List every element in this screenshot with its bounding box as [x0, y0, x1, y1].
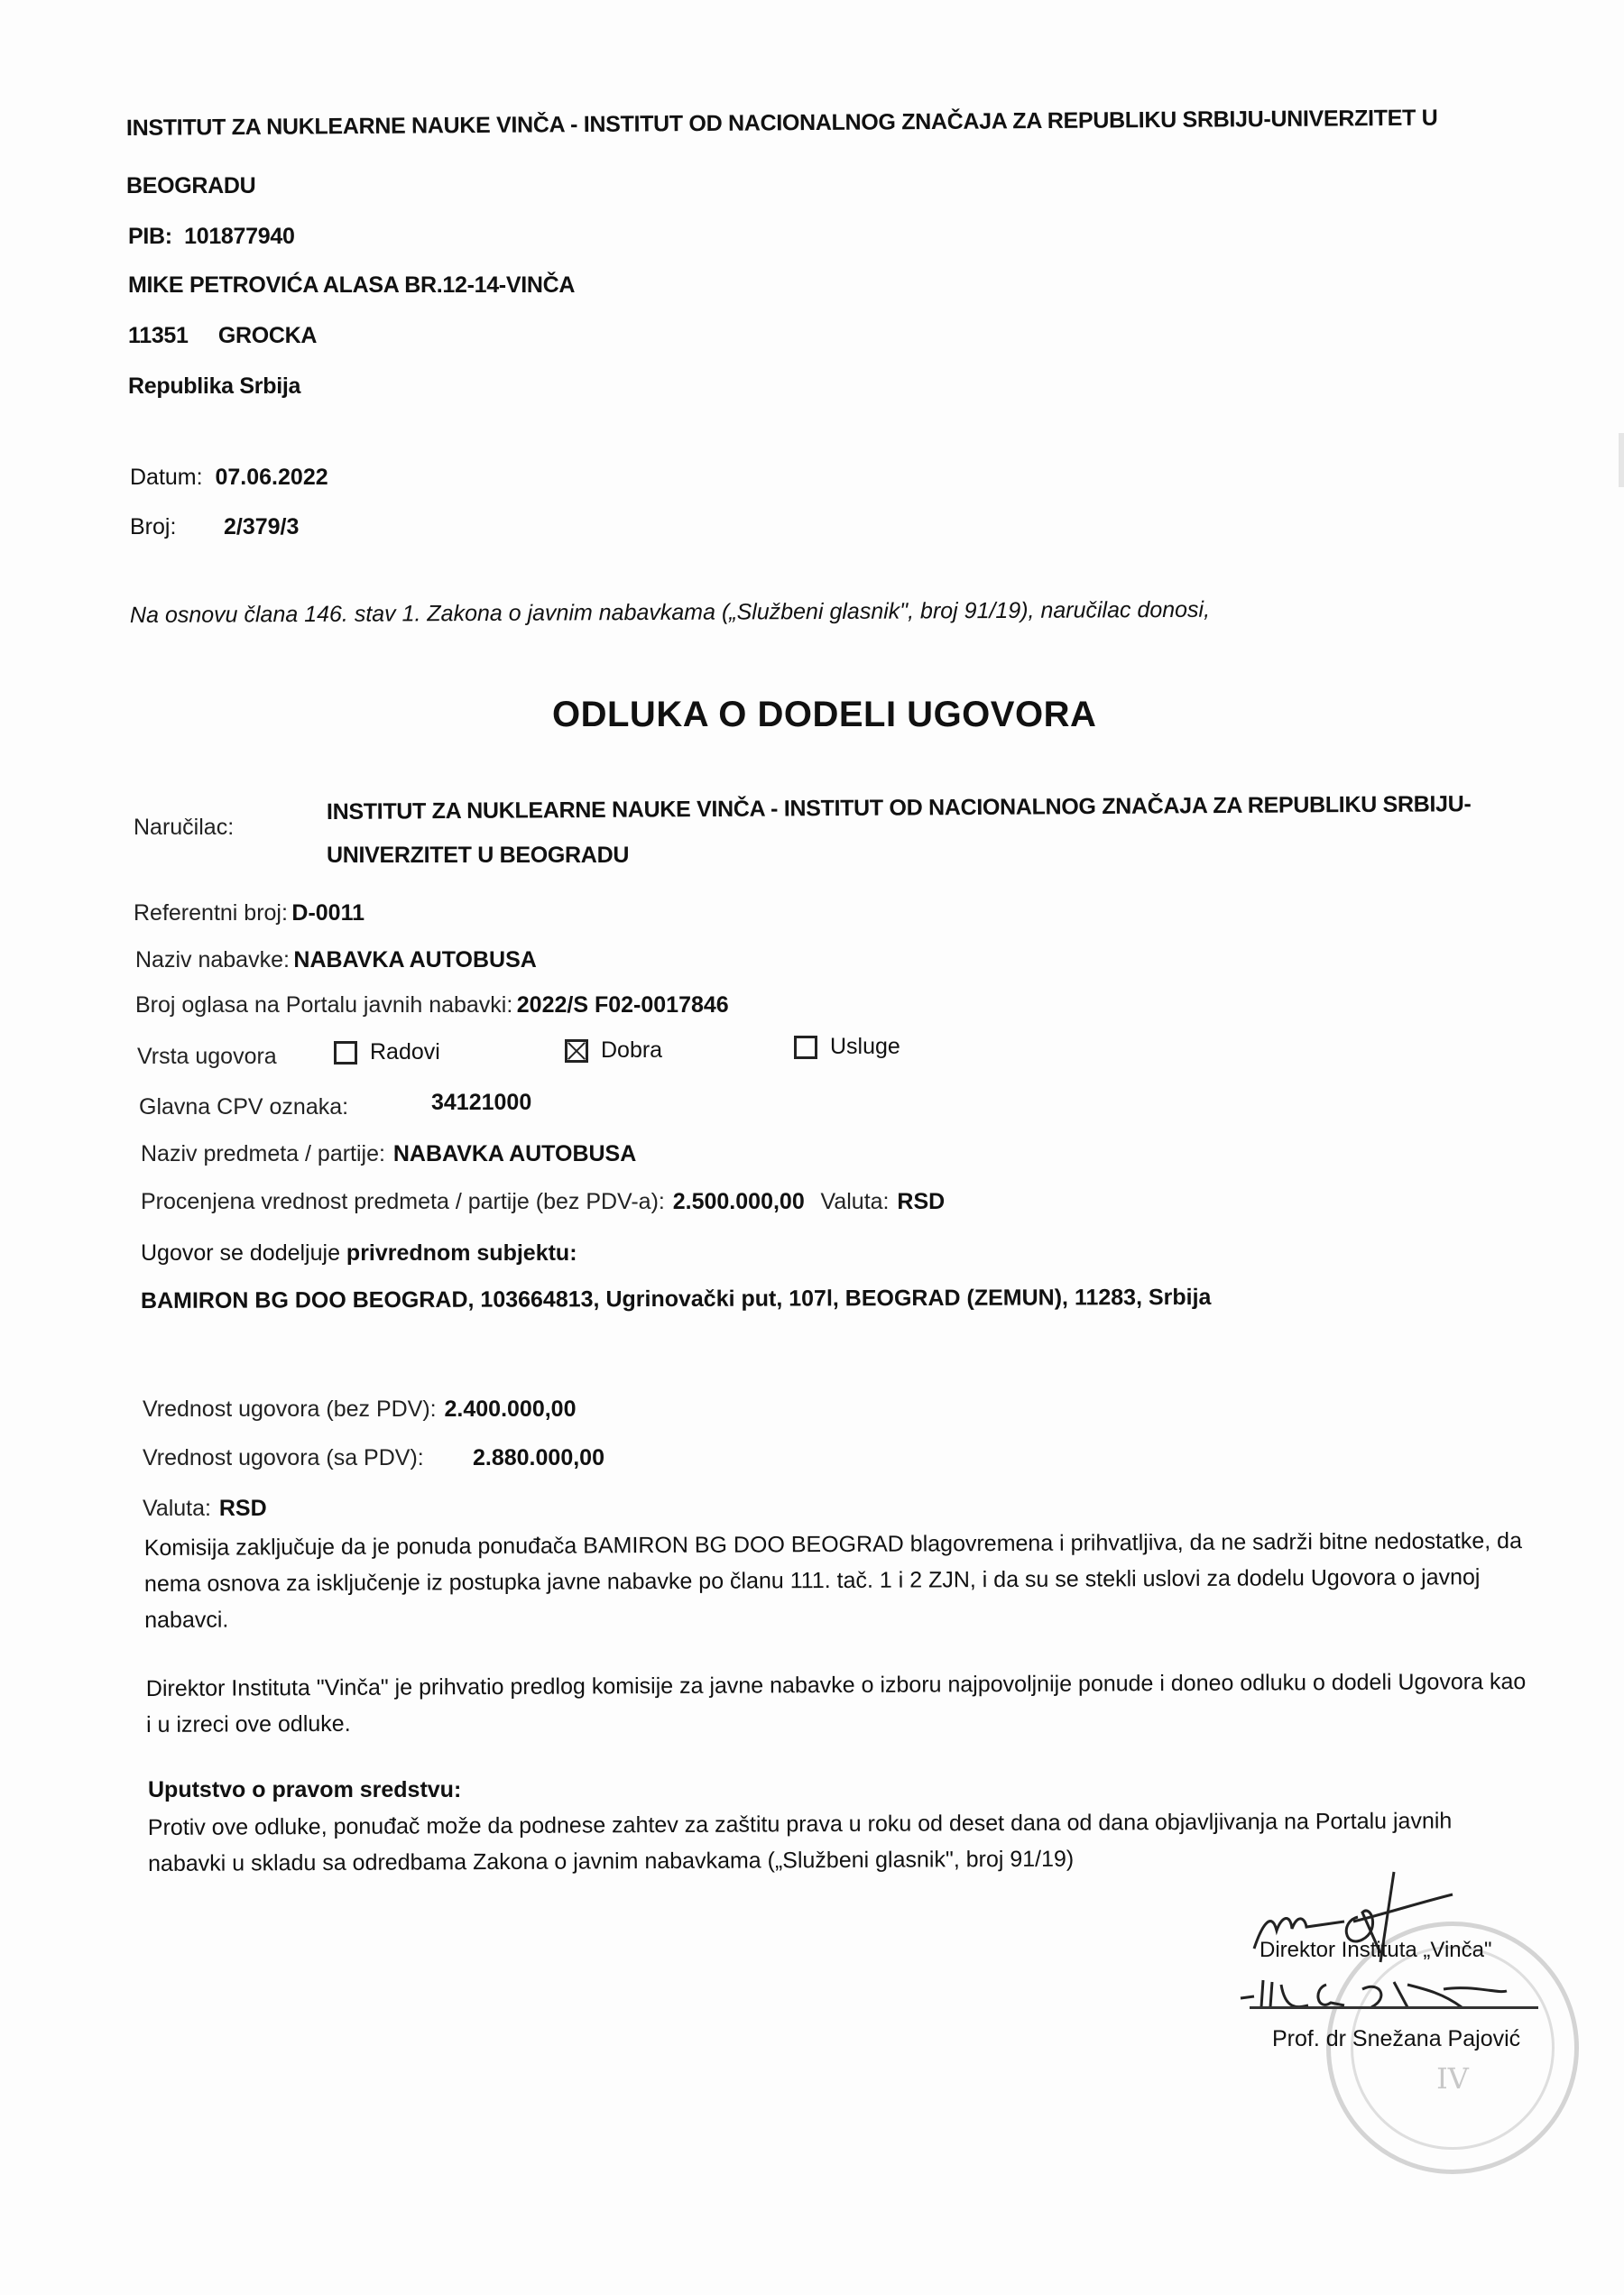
- portal-notice-label: Broj oglasa na Portalu javnih nabavki:: [135, 992, 512, 1018]
- subject-name: Naziv predmeta / partije: NABAVKA AUTOBU…: [141, 1141, 636, 1167]
- procurement-name-value: NABAVKA AUTOBUSA: [293, 947, 536, 972]
- scan-edge-mark: [1619, 433, 1624, 487]
- reference-number: Referentni broj: D-0011: [134, 900, 364, 926]
- number-value: 2/379/3: [224, 514, 299, 539]
- narucilac-line1: INSTITUT ZA NUKLEARNE NAUKE VINČA - INST…: [327, 791, 1472, 825]
- contract-value-with-vat: Vrednost ugovora (sa PDV):2.880.000,00: [143, 1445, 604, 1471]
- pib-value: 101877940: [184, 224, 294, 249]
- pib: PIB: 101877940: [128, 224, 295, 250]
- contract-type-option-radovi: Radovi: [334, 1039, 440, 1065]
- option-label-radovi: Radovi: [370, 1039, 440, 1065]
- awarded-company: BAMIRON BG DOO BEOGRAD, 103664813, Ugrin…: [141, 1285, 1212, 1314]
- portal-notice-number: Broj oglasa na Portalu javnih nabavki: 2…: [135, 992, 729, 1018]
- document-title: ODLUKA O DODELI UGOVORA: [552, 695, 1096, 735]
- pib-label: PIB:: [128, 224, 172, 249]
- postal-code: 11351: [128, 323, 189, 348]
- institution-city: 11351 GROCKA: [128, 323, 317, 349]
- estimated-value-label: Procenjena vrednost predmeta / partije (…: [141, 1189, 665, 1214]
- option-label-usluge: Usluge: [830, 1034, 900, 1059]
- contract-value-without-vat-amount: 2.400.000,00: [445, 1396, 577, 1422]
- institution-name-line2: BEOGRADU: [126, 173, 255, 199]
- city: GROCKA: [218, 323, 317, 348]
- signature-line: [1250, 2006, 1538, 2009]
- institution-country: Republika Srbija: [128, 373, 300, 400]
- document-number: Broj:2/379/3: [130, 514, 299, 540]
- legal-remedy-heading: Uputstvo o pravom sredstvu:: [148, 1777, 461, 1803]
- number-label: Broj:: [130, 514, 224, 540]
- narucilac-label: Naručilac:: [134, 815, 234, 841]
- portal-notice-value: 2022/S F02-0017846: [517, 992, 729, 1018]
- director-decision: Direktor Instituta "Vinča" je prihvatio …: [146, 1664, 1527, 1743]
- signatory-title: Direktor Instituta „Vinča": [1260, 1938, 1492, 1963]
- contract-type-label: Vrsta ugovora: [137, 1044, 277, 1070]
- date-value: 07.06.2022: [216, 465, 328, 490]
- signatory-name: Prof. dr Snežana Pajović: [1272, 2026, 1520, 2052]
- institution-address: MIKE PETROVIĆA ALASA BR.12-14-VINČA: [128, 272, 575, 299]
- checkbox-usluge: [794, 1036, 817, 1059]
- contract-type-option-dobra: Dobra: [565, 1037, 662, 1064]
- estimated-currency-label: Valuta:: [821, 1189, 890, 1214]
- cpv-label: Glavna CPV oznaka:: [139, 1094, 348, 1120]
- checkbox-dobra: [565, 1039, 588, 1063]
- procurement-name-label: Naziv nabavke:: [135, 947, 290, 972]
- committee-conclusion: Komisija zaključuje da je ponuda ponuđač…: [144, 1523, 1526, 1638]
- contract-currency-value: RSD: [219, 1496, 267, 1521]
- contract-value-with-vat-amount: 2.880.000,00: [473, 1445, 604, 1470]
- document-date: Datum: 07.06.2022: [130, 465, 328, 491]
- awarded-to-intro: Ugovor se dodeljuje privrednom subjektu:: [141, 1240, 577, 1267]
- reference-value: D-0011: [291, 900, 364, 926]
- document-page: INSTITUT ZA NUKLEARNE NAUKE VINČA - INST…: [0, 0, 1624, 2295]
- contract-value-with-vat-label: Vrednost ugovora (sa PDV):: [143, 1445, 473, 1471]
- stamp-text: IV: [1331, 2061, 1574, 2096]
- subject-name-value: NABAVKA AUTOBUSA: [393, 1141, 636, 1166]
- contract-currency-label: Valuta:: [143, 1496, 211, 1521]
- contract-currency: Valuta: RSD: [143, 1496, 267, 1522]
- date-label: Datum:: [130, 465, 203, 490]
- estimated-value: Procenjena vrednost predmeta / partije (…: [141, 1189, 945, 1215]
- legal-basis-intro: Na osnovu člana 146. stav 1. Zakona o ja…: [130, 597, 1210, 629]
- subject-name-label: Naziv predmeta / partije:: [141, 1141, 385, 1166]
- awarded-to-bold: privrednom subjektu:: [346, 1240, 577, 1266]
- cpv-value: 34121000: [431, 1090, 531, 1116]
- estimated-value-amount: 2.500.000,00: [673, 1189, 805, 1214]
- reference-label: Referentni broj:: [134, 900, 288, 926]
- procurement-name: Naziv nabavke: NABAVKA AUTOBUSA: [135, 947, 537, 973]
- contract-value-without-vat: Vrednost ugovora (bez PDV): 2.400.000,00: [143, 1396, 577, 1423]
- estimated-currency-value: RSD: [897, 1189, 945, 1214]
- awarded-to-prefix: Ugovor se dodeljuje: [141, 1240, 346, 1266]
- contract-type-option-usluge: Usluge: [794, 1034, 900, 1060]
- option-label-dobra: Dobra: [601, 1037, 662, 1063]
- signature-scribble-bottom: [1236, 1971, 1534, 2016]
- contract-value-without-vat-label: Vrednost ugovora (bez PDV):: [143, 1396, 437, 1422]
- narucilac-line2: UNIVERZITET U BEOGRADU: [327, 843, 629, 869]
- checkbox-radovi: [334, 1041, 357, 1065]
- institution-name-line1: INSTITUT ZA NUKLEARNE NAUKE VINČA - INST…: [126, 106, 1438, 142]
